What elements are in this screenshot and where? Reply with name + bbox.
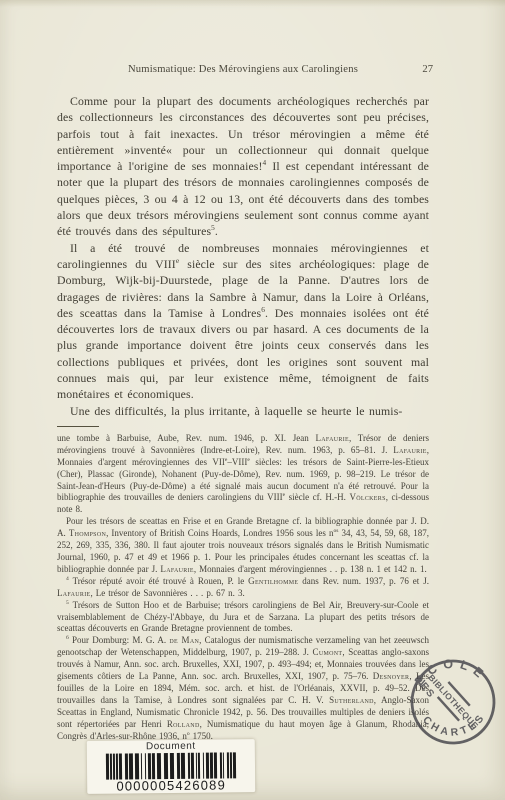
footnote-rule xyxy=(57,426,99,427)
page-header: Numismatique: Des Mérovingiens aux Carol… xyxy=(57,64,429,78)
scanned-page: Numismatique: Des Mérovingiens aux Carol… xyxy=(0,0,505,800)
footnote: 5 Trésors de Sutton Hoo et de Barbuise; … xyxy=(57,600,429,636)
footnote: Pour les trésors de sceattas en Frise et… xyxy=(57,516,429,576)
barcode-sticker: Document 0000005426089 xyxy=(87,739,256,794)
paragraph: Comme pour la plupart des documents arch… xyxy=(57,93,429,240)
library-stamp: ECOLE CHARTES DES BIBLIOTHEQUE xyxy=(400,649,505,756)
text-column: Numismatique: Des Mérovingiens aux Carol… xyxy=(57,64,429,743)
footnote: 4 Trésor réputé avoir été trouvé à Rouen… xyxy=(57,576,429,600)
footnotes: une tombe à Barbuise, Aube, Rev. num. 19… xyxy=(57,433,429,743)
body-text: Comme pour la plupart des documents arch… xyxy=(57,93,429,419)
page-number: 27 xyxy=(422,64,433,75)
paragraph: Une des difficultés, la plus irritante, … xyxy=(57,403,429,419)
running-title: Numismatique: Des Mérovingiens aux Carol… xyxy=(57,64,429,75)
footnote: 6 Pour Domburg: M. G. A. de Man, Catalog… xyxy=(57,635,429,742)
footnote-continuation: une tombe à Barbuise, Aube, Rev. num. 19… xyxy=(57,433,429,516)
paragraph: Il a été trouvé de nombreuses monnaies m… xyxy=(57,240,429,403)
barcode-bars-icon xyxy=(95,752,247,780)
barcode-number: 0000005426089 xyxy=(87,778,255,794)
